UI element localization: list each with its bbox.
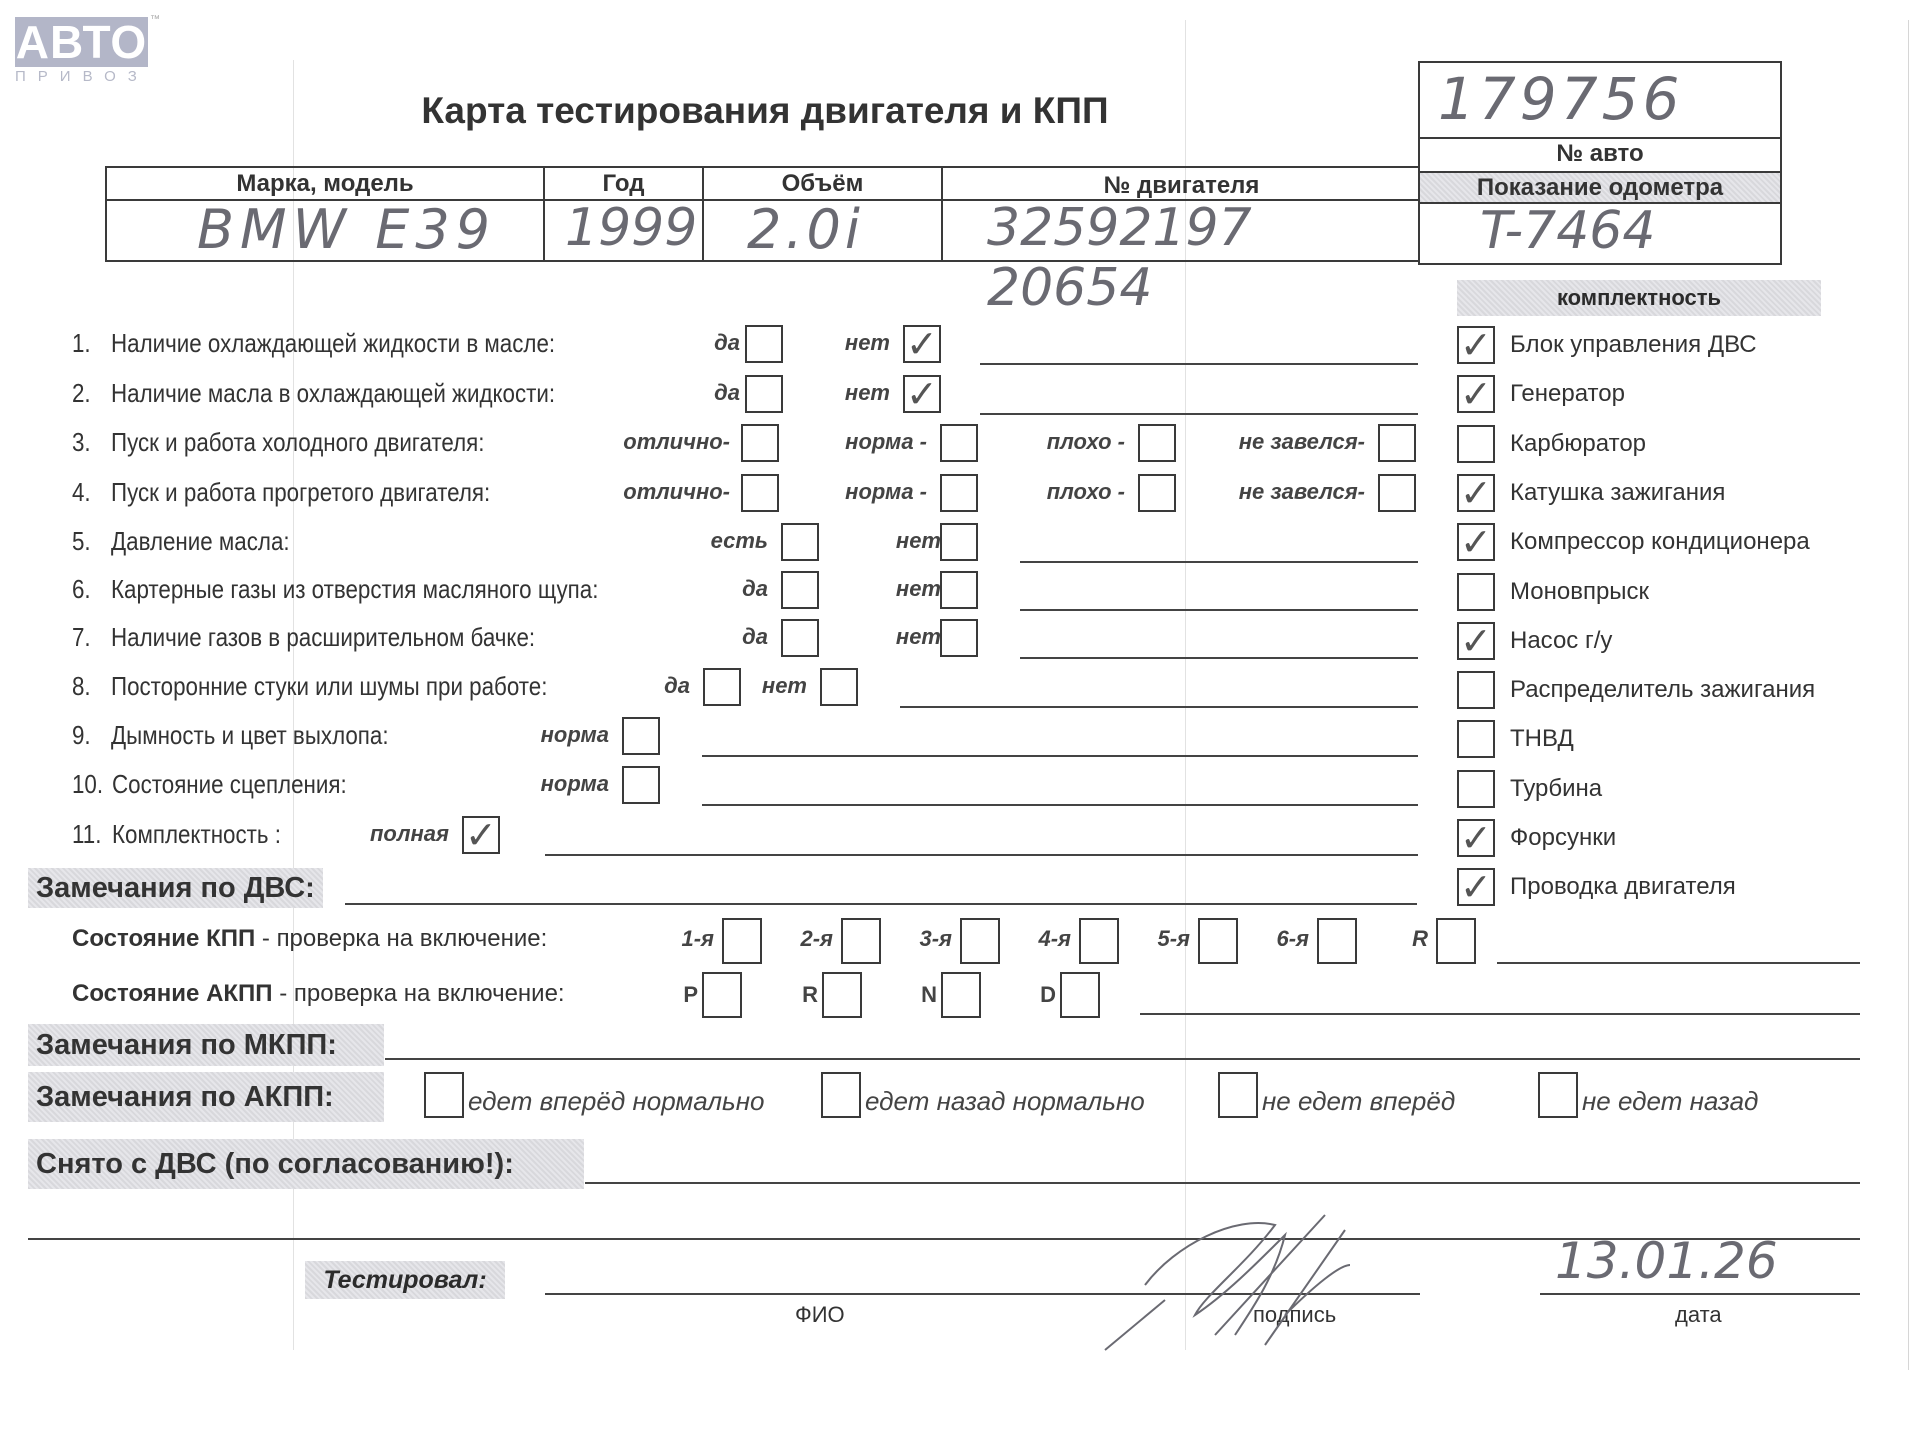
signature-scribble	[1085, 1205, 1405, 1355]
checklist-item-number: 3.	[72, 427, 91, 458]
gear-checkbox[interactable]	[722, 918, 762, 964]
checklist-item-label: Состояние сцепления:	[112, 769, 347, 800]
gear-label: 6-я	[1237, 926, 1309, 952]
logo-subtitle: ПРИВОЗ	[15, 68, 155, 85]
checklist-item-label: Дымность и цвет выхлопа:	[111, 720, 389, 751]
date-caption: дата	[1675, 1302, 1722, 1328]
gear-checkbox[interactable]	[1060, 972, 1100, 1018]
auto-number-value[interactable]: 179756	[1438, 65, 1683, 133]
notes-field[interactable]	[980, 413, 1418, 415]
gear-label: 3-я	[880, 926, 952, 952]
option-checkbox[interactable]	[1378, 474, 1416, 512]
checklist-item-label: Давление масла:	[111, 526, 290, 557]
auto-remark-checkbox[interactable]	[1218, 1072, 1258, 1118]
option-label: да	[573, 624, 768, 650]
option-label: нет	[746, 576, 941, 602]
option-label: нет	[695, 380, 890, 406]
completeness-header: комплектность	[1457, 280, 1821, 316]
removed-parts-field[interactable]	[585, 1182, 1860, 1184]
completeness-item-label: Насос г/у	[1510, 627, 1612, 655]
auto-gearbox-notes-field[interactable]	[1140, 1013, 1860, 1015]
notes-field[interactable]	[545, 854, 1418, 856]
completeness-item-label: ТНВД	[1510, 725, 1574, 753]
auto-number-box: 179756 № авто Показание одометра T-7464	[1418, 61, 1782, 265]
gear-checkbox[interactable]	[1317, 918, 1357, 964]
checkmark-icon: ✓	[1460, 870, 1492, 904]
completeness-checkbox[interactable]	[1457, 770, 1495, 808]
col-engine-number: № двигателя	[943, 172, 1420, 200]
checklist-item-number: 4.	[72, 477, 91, 508]
gear-label: 1-я	[642, 926, 714, 952]
notes-field[interactable]	[702, 755, 1418, 757]
option-label: не завелся-	[1170, 479, 1365, 505]
completeness-checkbox[interactable]	[1457, 425, 1495, 463]
completeness-item-label: Проводка двигателя	[1510, 873, 1736, 901]
auto-number-label: № авто	[1420, 140, 1780, 168]
checklist-item-number: 1.	[72, 328, 91, 359]
checklist-item-label: Картерные газы из отверстия масляного щу…	[111, 574, 598, 605]
odometer-value[interactable]: T-7464	[1480, 201, 1655, 261]
checklist-item-number: 11.	[72, 819, 101, 850]
checklist-item-label: Наличие масла в охлаждающей жидкости:	[111, 378, 555, 409]
option-label: полная	[254, 821, 449, 847]
completeness-item-label: Моновпрыск	[1510, 578, 1649, 606]
completeness-item-label: Блок управления ДВС	[1510, 331, 1757, 359]
option-label: норма	[414, 722, 609, 748]
gear-checkbox[interactable]	[822, 972, 862, 1018]
checklist-item-label: Пуск и работа холодного двигателя:	[111, 427, 484, 458]
completeness-item-label: Форсунки	[1510, 824, 1616, 852]
remarks-auto-label: Замечания по АКПП:	[28, 1072, 384, 1122]
gear-label: 4-я	[999, 926, 1071, 952]
option-label: нет	[746, 624, 941, 650]
notes-field[interactable]	[1020, 657, 1418, 659]
checkmark-icon: ✓	[1460, 328, 1492, 362]
gear-label: D	[980, 982, 1056, 1008]
option-label: норма -	[732, 429, 927, 455]
option-checkbox[interactable]	[940, 523, 978, 561]
completeness-item-label: Распределитель зажигания	[1510, 676, 1815, 704]
manual-gearbox-notes-field[interactable]	[1497, 962, 1860, 964]
auto-remark-label: едет назад нормально	[865, 1086, 1145, 1117]
year-value[interactable]: 1999	[565, 198, 697, 258]
option-checkbox[interactable]	[820, 668, 858, 706]
gear-checkbox[interactable]	[960, 918, 1000, 964]
option-label: нет	[746, 528, 941, 554]
notes-field[interactable]	[980, 363, 1418, 365]
completeness-item-label: Карбюратор	[1510, 430, 1646, 458]
option-label: плохо -	[930, 429, 1125, 455]
remarks-engine-label: Замечания по ДВС:	[28, 868, 323, 908]
date-field[interactable]	[1540, 1293, 1860, 1295]
checkmark-icon: ✓	[906, 377, 938, 411]
completeness-checkbox[interactable]	[1457, 671, 1495, 709]
checklist-item-number: 6.	[72, 574, 91, 605]
option-label: норма	[414, 771, 609, 797]
checkmark-icon: ✓	[1460, 377, 1492, 411]
checkmark-icon: ✓	[1460, 525, 1492, 559]
option-label: нет	[695, 330, 890, 356]
tested-by-label: Тестировал:	[305, 1261, 505, 1299]
option-label: нет	[612, 673, 807, 699]
completeness-item-label: Компрессор кондиционера	[1510, 528, 1810, 556]
auto-gearbox-title: Состояние АКПП	[72, 980, 273, 1007]
gear-label: P	[622, 982, 698, 1008]
gear-checkbox[interactable]	[1436, 918, 1476, 964]
checkmark-icon: ✓	[1460, 821, 1492, 855]
option-checkbox[interactable]	[940, 619, 978, 657]
option-label: плохо -	[930, 479, 1125, 505]
completeness-item-label: Генератор	[1510, 380, 1625, 408]
name-caption: ФИО	[795, 1302, 845, 1328]
completeness-checkbox[interactable]	[1457, 573, 1495, 611]
auto-gearbox-label: Состояние АКПП - проверка на включение:	[72, 980, 565, 1008]
auto-remark-label: едет вперёд нормально	[468, 1086, 764, 1117]
manual-gearbox-caption: - проверка на включение:	[255, 925, 547, 952]
removed-parts-label: Снято с ДВС (по согласованию!):	[28, 1139, 584, 1189]
checklist-item-number: 2.	[72, 378, 91, 409]
checklist-item-label: Пуск и работа прогретого двигателя:	[111, 477, 490, 508]
gear-label: 2-я	[761, 926, 833, 952]
checklist-item-label: Посторонние стуки или шумы при работе:	[111, 671, 547, 702]
col-make-model: Марка, модель	[107, 170, 543, 198]
gear-checkbox[interactable]	[702, 972, 742, 1018]
gear-label: R	[1356, 926, 1428, 952]
option-label: не завелся-	[1170, 429, 1365, 455]
notes-field[interactable]	[1020, 561, 1418, 563]
notes-field[interactable]	[702, 804, 1418, 806]
completeness-checkbox[interactable]	[1457, 720, 1495, 758]
checklist-item-label: Наличие охлаждающей жидкости в масле:	[111, 328, 555, 359]
checkmark-icon: ✓	[1460, 624, 1492, 658]
checklist-item-number: 8.	[72, 671, 91, 702]
gear-label: N	[861, 982, 937, 1008]
auto-remark-checkbox[interactable]	[821, 1072, 861, 1118]
option-label: есть	[573, 528, 768, 554]
completeness-item-label: Турбина	[1510, 775, 1602, 803]
gear-checkbox[interactable]	[941, 972, 981, 1018]
option-checkbox[interactable]	[622, 717, 660, 755]
gear-checkbox[interactable]	[1079, 918, 1119, 964]
auto-remark-checkbox[interactable]	[1538, 1072, 1578, 1118]
option-label: отлично-	[535, 479, 730, 505]
remarks-manual-label: Замечания по МКПП:	[28, 1024, 384, 1066]
logo: АВТО	[15, 17, 148, 67]
odometer-label: Показание одометра	[1420, 173, 1780, 202]
gear-label: R	[742, 982, 818, 1008]
checklist-item-number: 7.	[72, 622, 91, 653]
gear-label: 5-я	[1118, 926, 1190, 952]
page-edge	[1908, 20, 1909, 1370]
remarks-engine-field[interactable]	[345, 903, 1417, 905]
page-title: Карта тестирования двигателя и КПП	[360, 90, 1170, 132]
checklist-item-number: 5.	[72, 526, 91, 557]
remarks-manual-field[interactable]	[385, 1058, 1860, 1060]
col-volume: Объём	[704, 170, 941, 198]
checklist-item-label: Наличие газов в расширительном бачке:	[111, 622, 535, 653]
logo-trademark: ™	[150, 14, 160, 25]
auto-gearbox-caption: - проверка на включение:	[273, 980, 565, 1007]
date-value[interactable]: 13.01.26	[1555, 1232, 1778, 1290]
option-label: норма -	[732, 479, 927, 505]
engine-number-value[interactable]: 32592197 20654	[987, 198, 1418, 318]
manual-gearbox-label: Состояние КПП - проверка на включение:	[72, 925, 547, 953]
notes-field[interactable]	[900, 706, 1418, 708]
option-label: отлично-	[535, 429, 730, 455]
option-checkbox[interactable]	[1378, 424, 1416, 462]
volume-value[interactable]: 2.0i	[747, 198, 864, 261]
option-checkbox[interactable]	[622, 766, 660, 804]
checklist-item-number: 10.	[72, 769, 103, 800]
checkmark-icon: ✓	[1460, 476, 1492, 510]
gear-checkbox[interactable]	[841, 918, 881, 964]
notes-field[interactable]	[1020, 609, 1418, 611]
col-year: Год	[545, 170, 702, 198]
manual-gearbox-title: Состояние КПП	[72, 925, 255, 952]
checklist-item-number: 9.	[72, 720, 91, 751]
auto-remark-label: не едет вперёд	[1262, 1086, 1455, 1117]
vehicle-info-table: Марка, модель Год Объём № двигателя BMW …	[105, 166, 1420, 262]
gear-checkbox[interactable]	[1198, 918, 1238, 964]
option-checkbox[interactable]	[940, 571, 978, 609]
completeness-item-label: Катушка зажигания	[1510, 479, 1725, 507]
auto-remark-label: не едет назад	[1582, 1086, 1758, 1117]
option-label: да	[573, 576, 768, 602]
checkmark-icon: ✓	[906, 327, 938, 361]
auto-remark-checkbox[interactable]	[424, 1072, 464, 1118]
make-model-value[interactable]: BMW E39	[197, 198, 496, 261]
checkmark-icon: ✓	[465, 818, 497, 852]
